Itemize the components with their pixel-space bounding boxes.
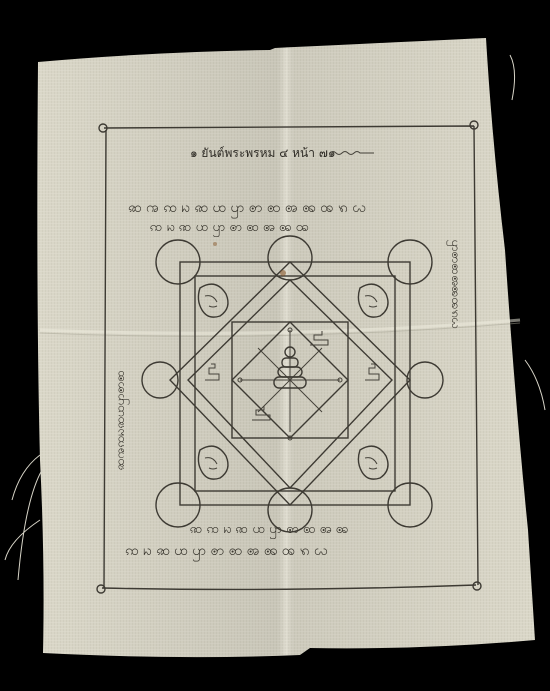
top-script-line-1: ꩣ ꩠ ꩡ ꩢ ꩣ ꩤ ꩥ ꩦ ꩧ ꩨ ꩩ ꩪ ꩫ ꩬ — [128, 200, 366, 218]
top-script-line-2: ꩡ ꩢ ꩣ ꩤ ꩥ ꩦ ꩧ ꩨ ꩩ ꩪ — [150, 220, 308, 237]
bottom-script-line-1: ꩣ ꩡ ꩢ ꩣ ꩤ ꩥ ꩦ ꩧ ꩨ ꩩ — [190, 522, 348, 539]
yantra-heading: ๑ ยันต์พระพรหม ๔ หน้า ๗๑ — [190, 146, 335, 160]
bottom-script-line-2: ꩡ ꩢ ꩣ ꩤ ꩥ ꩦ ꩧ ꩨ ꩩ ꩪ ꩫ ꩬ — [125, 543, 328, 561]
stain — [280, 270, 286, 276]
yantra-cloth-photo: ๑ ยันต์พระพรหม ๔ หน้า ๗๑ ꩣ ꩠ ꩡ ꩢ ꩣ ꩤ ꩥ ꩦ… — [0, 0, 550, 691]
